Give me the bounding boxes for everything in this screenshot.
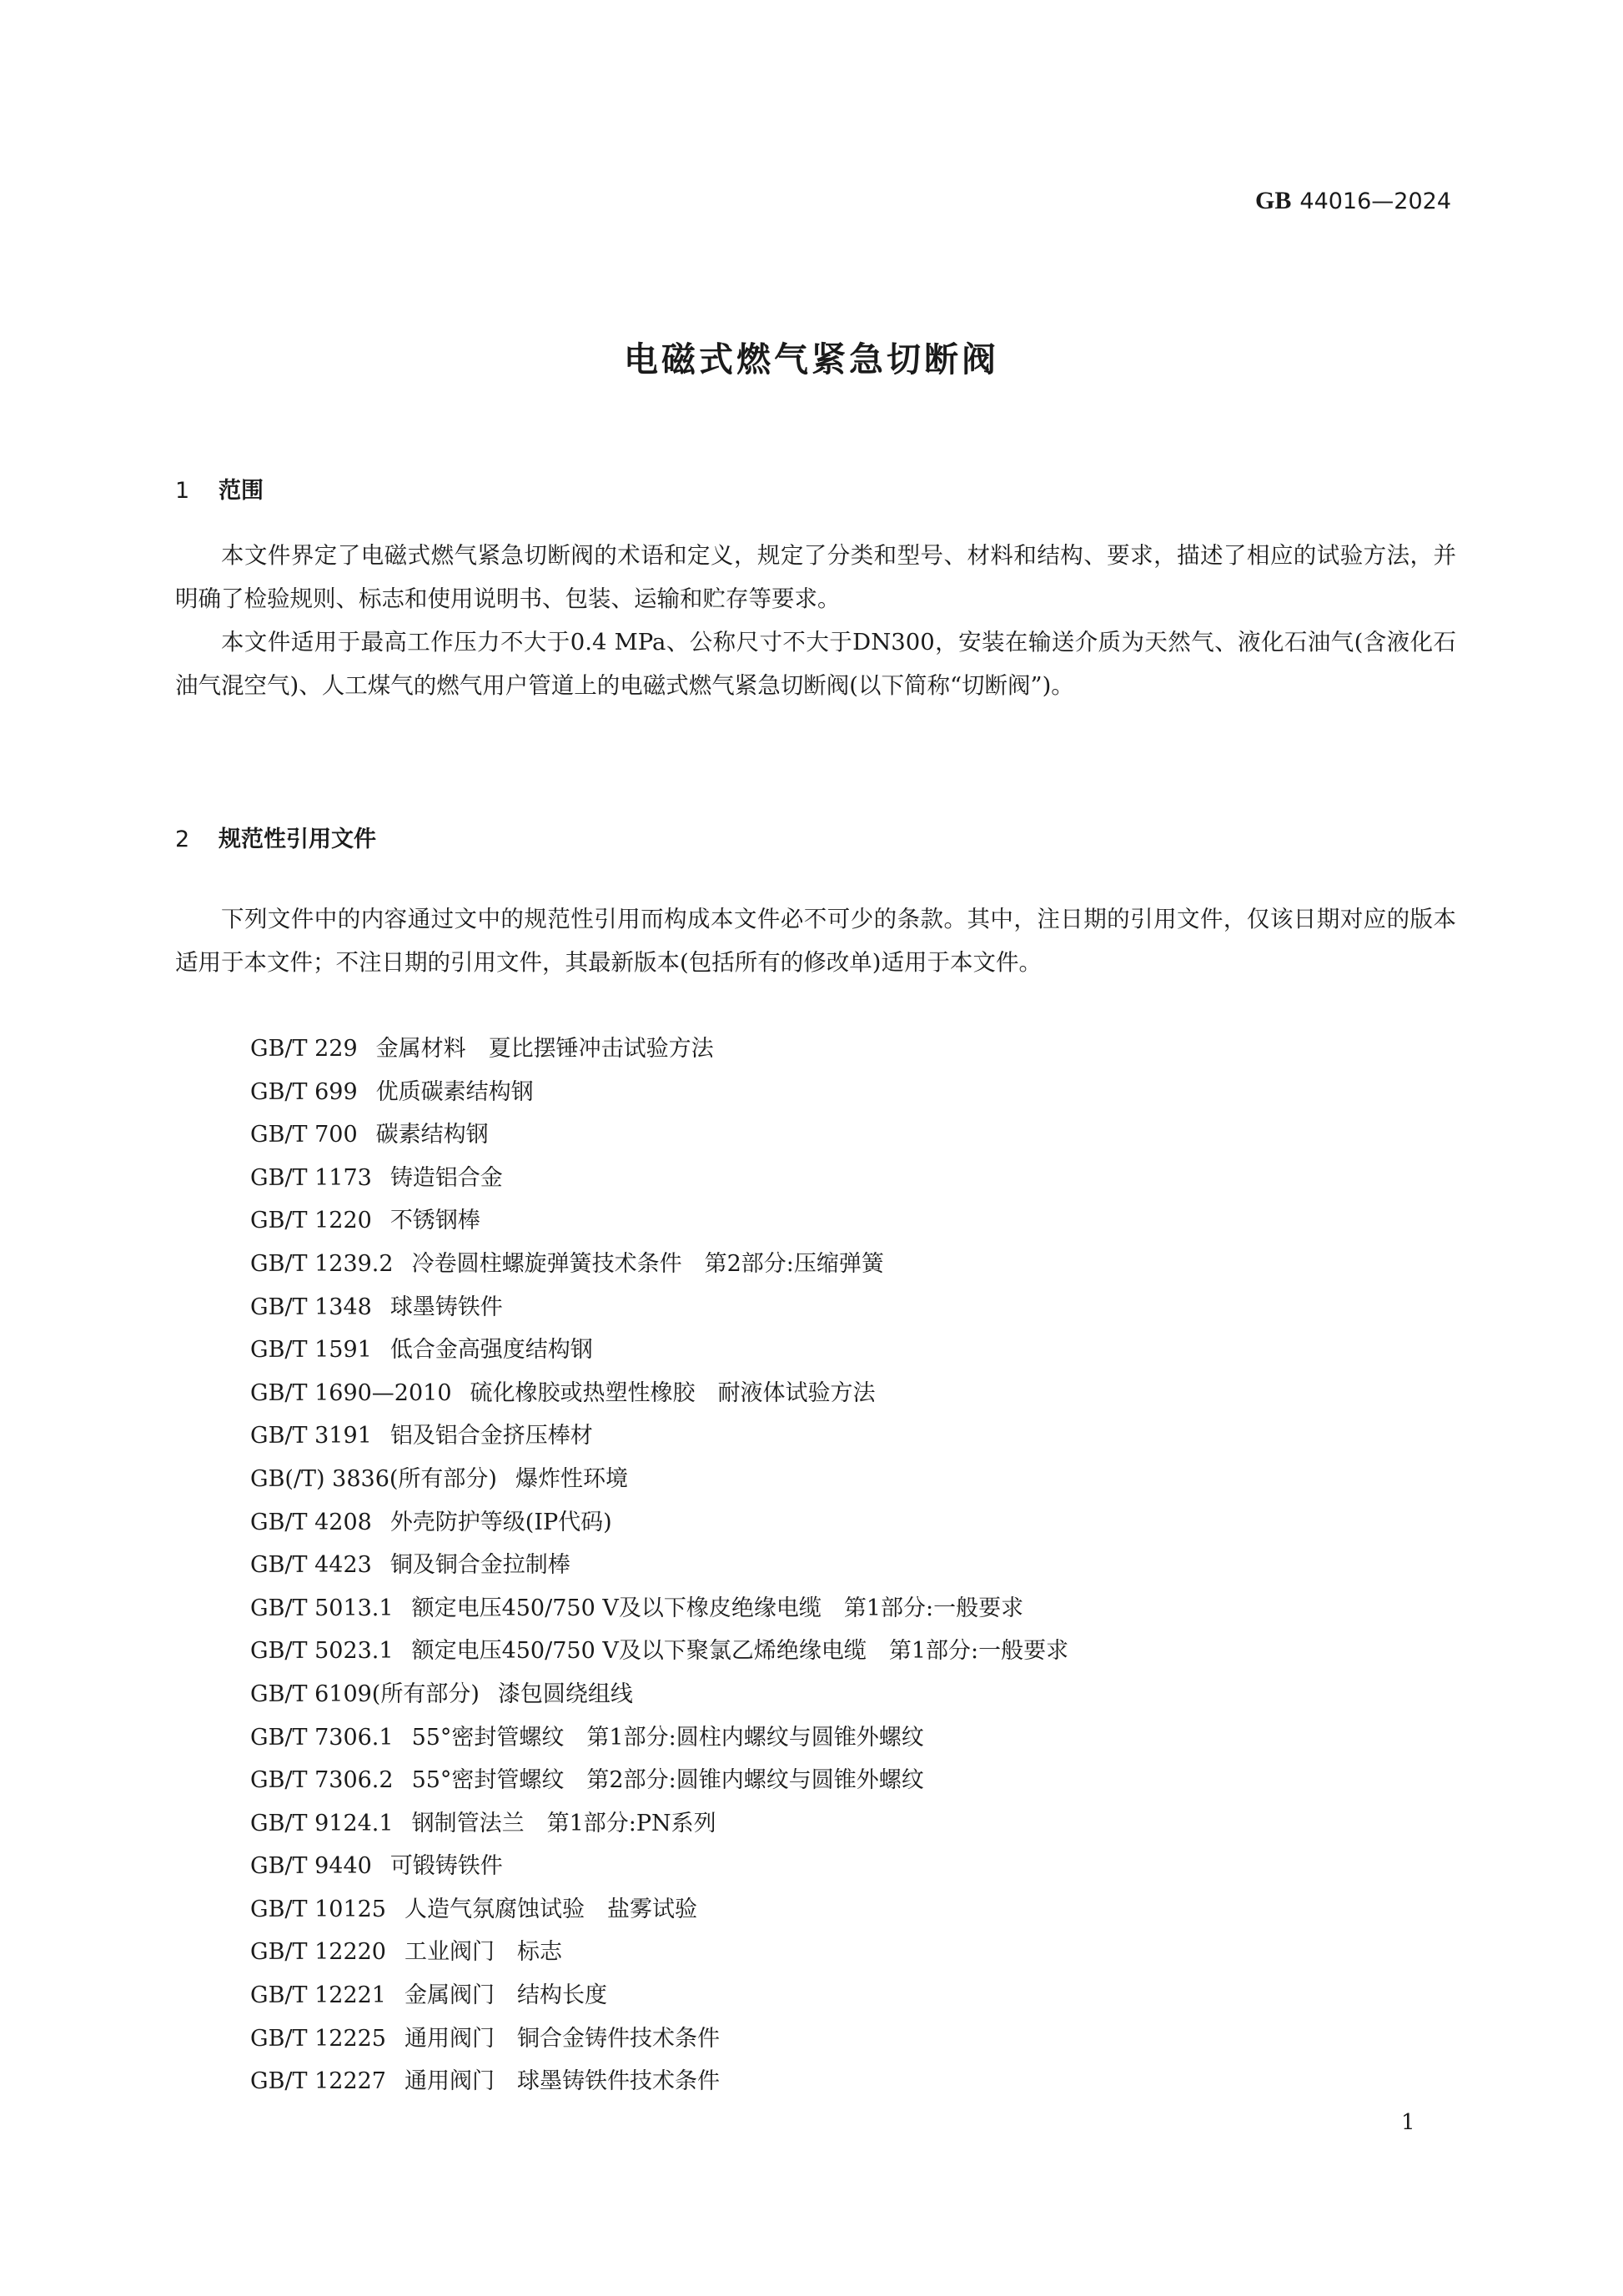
reference-item: GB/T 1173铸造铝合金 (250, 1157, 1068, 1200)
reference-code: GB/T 1690—2010 (250, 1372, 452, 1415)
reference-code: GB/T 699 (250, 1071, 358, 1114)
reference-title: 通用阀门 球墨铸铁件技术条件 (404, 2068, 720, 2094)
reference-title: 金属阀门 结构长度 (404, 1982, 607, 2008)
reference-title: 优质碳素结构钢 (376, 1079, 534, 1105)
reference-code: GB/T 1348 (250, 1286, 372, 1329)
reference-item: GB/T 12220工业阀门 标志 (250, 1931, 1068, 1974)
reference-code: GB/T 12220 (250, 1931, 386, 1974)
reference-item: GB/T 12227通用阀门 球墨铸铁件技术条件 (250, 2060, 1068, 2103)
reference-item: GB/T 12225通用阀门 铜合金铸件技术条件 (250, 2017, 1068, 2061)
section-number: 2 (175, 826, 219, 852)
reference-item: GB/T 1348球墨铸铁件 (250, 1286, 1068, 1329)
reference-title: 硫化橡胶或热塑性橡胶 耐液体试验方法 (470, 1380, 876, 1406)
reference-item: GB/T 12221金属阀门 结构长度 (250, 1974, 1068, 2017)
reference-code: GB/T 12227 (250, 2060, 386, 2103)
reference-item: GB/T 7306.255°密封管螺纹 第2部分:圆锥内螺纹与圆锥外螺纹 (250, 1759, 1068, 1802)
reference-code: GB/T 9440 (250, 1845, 372, 1888)
standard-number: 44016—2024 (1299, 188, 1451, 214)
reference-item: GB/T 9124.1钢制管法兰 第1部分:PN系列 (250, 1802, 1068, 1846)
reference-title: 人造气氛腐蚀试验 盐雾试验 (404, 1897, 697, 1922)
reference-item: GB/T 1591低合金高强度结构钢 (250, 1329, 1068, 1372)
document-title: 电磁式燃气紧急切断阀 (0, 332, 1623, 381)
reference-title: 碳素结构钢 (376, 1122, 489, 1148)
reference-title: 55°密封管螺纹 第2部分:圆锥内螺纹与圆锥外螺纹 (412, 1767, 924, 1793)
reference-title: 外壳防护等级(IP代码) (390, 1510, 612, 1535)
reference-title: 可锻铸铁件 (390, 1853, 503, 1879)
section-heading-scope: 1范围 (175, 472, 264, 505)
reference-item: GB/T 1239.2冷卷圆柱螺旋弹簧技术条件 第2部分:压缩弹簧 (250, 1243, 1068, 1286)
reference-item: GB/T 7306.155°密封管螺纹 第1部分:圆柱内螺纹与圆锥外螺纹 (250, 1716, 1068, 1760)
reference-item: GB/T 4208外壳防护等级(IP代码) (250, 1501, 1068, 1545)
reference-item: GB/T 229金属材料 夏比摆锤冲击试验方法 (250, 1027, 1068, 1071)
reference-item: GB/T 4423铜及铜合金拉制棒 (250, 1544, 1068, 1587)
section-title: 范围 (219, 478, 264, 504)
reference-code: GB/T 6109(所有部分) (250, 1673, 480, 1716)
reference-title: 工业阀门 标志 (404, 1939, 562, 1965)
reference-item: GB/T 5013.1额定电压450/750 V及以下橡皮绝缘电缆 第1部分:一… (250, 1587, 1068, 1630)
reference-code: GB/T 229 (250, 1027, 358, 1071)
page-number: 1 (1401, 2110, 1415, 2135)
reference-title: 通用阀门 铜合金铸件技术条件 (404, 2026, 720, 2052)
reference-title: 额定电压450/750 V及以下橡皮绝缘电缆 第1部分:一般要求 (412, 1595, 1024, 1621)
standard-code: GB44016—2024 (1255, 187, 1451, 215)
reference-title: 低合金高强度结构钢 (390, 1337, 593, 1363)
reference-code: GB/T 1591 (250, 1329, 372, 1372)
reference-code: GB/T 4423 (250, 1544, 372, 1587)
reference-code: GB/T 1220 (250, 1199, 372, 1243)
reference-code: GB/T 700 (250, 1113, 358, 1157)
paragraph-scope-1: 本文件界定了电磁式燃气紧急切断阀的术语和定义，规定了分类和型号、材料和结构、要求… (175, 534, 1456, 620)
reference-code: GB/T 5023.1 (250, 1630, 394, 1673)
reference-code: GB/T 4208 (250, 1501, 372, 1545)
reference-title: 冷卷圆柱螺旋弹簧技术条件 第2部分:压缩弹簧 (412, 1251, 884, 1277)
reference-item: GB/T 10125人造气氛腐蚀试验 盐雾试验 (250, 1888, 1068, 1932)
reference-code: GB/T 3191 (250, 1414, 372, 1458)
reference-item: GB/T 1220不锈钢棒 (250, 1199, 1068, 1243)
section-heading-normative-references: 2规范性引用文件 (175, 821, 376, 853)
reference-code: GB/T 1173 (250, 1157, 372, 1200)
reference-title: 漆包圆绕组线 (498, 1681, 633, 1707)
reference-item: GB/T 700碳素结构钢 (250, 1113, 1068, 1157)
reference-code: GB/T 10125 (250, 1888, 386, 1932)
reference-item: GB/T 5023.1额定电压450/750 V及以下聚氯乙烯绝缘电缆 第1部分… (250, 1630, 1068, 1673)
reference-list: GB/T 229金属材料 夏比摆锤冲击试验方法 GB/T 699优质碳素结构钢 … (250, 1027, 1068, 2103)
reference-title: 球墨铸铁件 (390, 1294, 503, 1320)
reference-title: 铝及铝合金挤压棒材 (390, 1423, 593, 1449)
reference-item: GB/T 9440可锻铸铁件 (250, 1845, 1068, 1888)
reference-title: 爆炸性环境 (515, 1466, 628, 1492)
section-title: 规范性引用文件 (219, 826, 376, 852)
reference-code: GB(/T) 3836(所有部分) (250, 1458, 497, 1501)
reference-title: 不锈钢棒 (390, 1208, 480, 1233)
reference-item: GB/T 1690—2010硫化橡胶或热塑性橡胶 耐液体试验方法 (250, 1372, 1068, 1415)
reference-title: 额定电压450/750 V及以下聚氯乙烯绝缘电缆 第1部分:一般要求 (412, 1638, 1069, 1664)
reference-title: 钢制管法兰 第1部分:PN系列 (412, 1811, 716, 1836)
reference-code: GB/T 7306.2 (250, 1759, 394, 1802)
reference-item: GB/T 699优质碳素结构钢 (250, 1071, 1068, 1114)
reference-item: GB/T 3191铝及铝合金挤压棒材 (250, 1414, 1068, 1458)
reference-code: GB/T 7306.1 (250, 1716, 394, 1760)
paragraph-scope-2: 本文件适用于最高工作压力不大于0.4 MPa、公称尺寸不大于DN300，安装在输… (175, 620, 1456, 707)
reference-title: 金属材料 夏比摆锤冲击试验方法 (376, 1036, 714, 1062)
reference-item: GB/T 6109(所有部分)漆包圆绕组线 (250, 1673, 1068, 1716)
section-number: 1 (175, 478, 219, 504)
reference-code: GB/T 9124.1 (250, 1802, 394, 1846)
paragraph-references-intro: 下列文件中的内容通过文中的规范性引用而构成本文件必不可少的条款。其中，注日期的引… (175, 897, 1456, 984)
standard-prefix: GB (1255, 187, 1291, 214)
reference-item: GB(/T) 3836(所有部分)爆炸性环境 (250, 1458, 1068, 1501)
reference-code: GB/T 1239.2 (250, 1243, 394, 1286)
reference-code: GB/T 12225 (250, 2017, 386, 2061)
reference-title: 铸造铝合金 (390, 1165, 503, 1191)
reference-title: 铜及铜合金拉制棒 (390, 1552, 570, 1578)
reference-code: GB/T 12221 (250, 1974, 386, 2017)
reference-code: GB/T 5013.1 (250, 1587, 394, 1630)
reference-title: 55°密封管螺纹 第1部分:圆柱内螺纹与圆锥外螺纹 (412, 1725, 924, 1751)
